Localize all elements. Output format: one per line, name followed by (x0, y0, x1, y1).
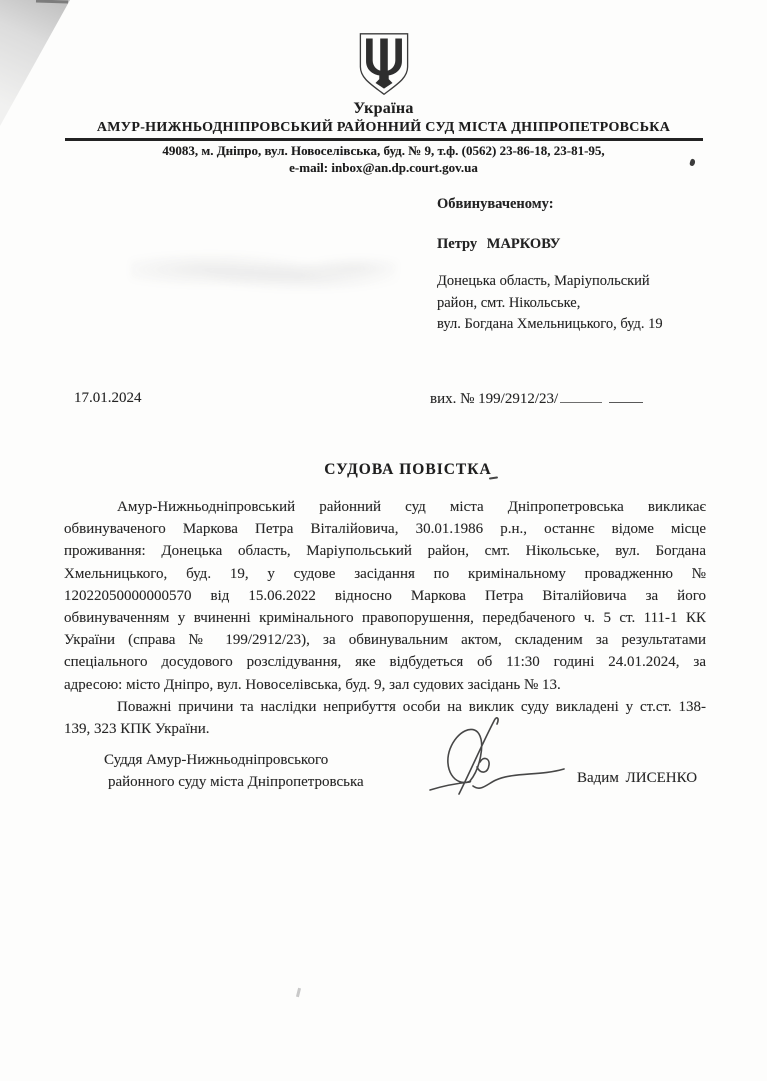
body-paragraph-1: Амур-Нижньодніпровський районний суд міс… (64, 496, 706, 696)
addressee-block: Обвинуваченому: Петру МАРКОВУ Донецька о… (437, 196, 717, 336)
bleed-through-stamp-artifact (130, 240, 398, 306)
document-date: 17.01.2024 (74, 390, 142, 407)
document-title: СУДОВА ПОВІСТКА (64, 461, 706, 479)
text-line: Донецька область, Маріупольский (437, 271, 717, 293)
letterhead-divider-line (65, 138, 703, 141)
addressee-role-label: Обвинуваченому: (437, 196, 717, 213)
court-name: АМУР-НИЖНЬОДНІПРОВСЬКИЙ РАЙОННИЙ СУД МІС… (0, 120, 767, 136)
text-line: Амур-Нижньодніпровський районний суд міс… (64, 496, 706, 518)
text-line: спеціального досудового розслідування, я… (64, 651, 706, 673)
text-line: проживання: Донецька область, Маріупольс… (64, 540, 706, 562)
court-letterhead: Україна АМУР-НИЖНЬОДНІПРОВСЬКИЙ РАЙОННИЙ… (0, 0, 767, 176)
country-name: Україна (0, 100, 767, 118)
text-line: 12022050000000570 від 15.06.2022 відносн… (64, 585, 706, 607)
text-line: обвинуваченого Маркова Петра Віталійович… (64, 518, 706, 540)
judge-name: Вадим ЛИСЕНКО (577, 770, 697, 787)
judge-position-line1: Суддя Амур-Нижньодніпровського (104, 749, 364, 771)
text-line: Хмельницького, буд. 19, у судове засідан… (64, 563, 706, 585)
scanned-court-summons-page: Україна АМУР-НИЖНЬОДНІПРОВСЬКИЙ РАЙОННИЙ… (0, 0, 767, 1081)
blank-underline-segment (609, 390, 643, 403)
text-line: вул. Богдана Хмельницького, буд. 19 (437, 314, 717, 336)
text-line: України (справа № 199/2912/23), за обвин… (64, 629, 706, 651)
judge-position-line2: районного суду міста Дніпропетровська (104, 771, 364, 793)
outgoing-number-text: вих. № 199/2912/23/ (430, 391, 558, 407)
text-line: район, смт. Нікольське, (437, 293, 717, 315)
ukraine-trident-emblem-icon (353, 31, 415, 99)
text-line: обвинуваченням у вчиненні кримінального … (64, 607, 706, 629)
court-email-line: e-mail: inbox@an.dp.court.gov.ua (0, 160, 767, 176)
scan-speck (296, 988, 301, 997)
outgoing-number: вих. № 199/2912/23/ (430, 390, 643, 408)
handwritten-signature-icon (424, 710, 574, 802)
court-address-line: 49083, м. Дніпро, вул. Новоселівська, бу… (0, 143, 767, 159)
addressee-name: Петру МАРКОВУ (437, 236, 717, 253)
text-line: 139, 323 КПК України. (64, 718, 706, 740)
body-paragraph-2: Поважні причини та наслідки неприбуття о… (64, 696, 706, 740)
addressee-address: Донецька область, Маріупольскийрайон, см… (437, 271, 717, 336)
blank-underline-segment (560, 390, 602, 403)
text-line: адресою: місто Дніпро, вул. Новоселівськ… (64, 674, 706, 696)
summons-body: Амур-Нижньодніпровський районний суд міс… (64, 496, 706, 740)
judge-position-block: Суддя Амур-Нижньодніпровського районного… (104, 749, 364, 793)
text-line: Поважні причини та наслідки неприбуття о… (64, 696, 706, 718)
